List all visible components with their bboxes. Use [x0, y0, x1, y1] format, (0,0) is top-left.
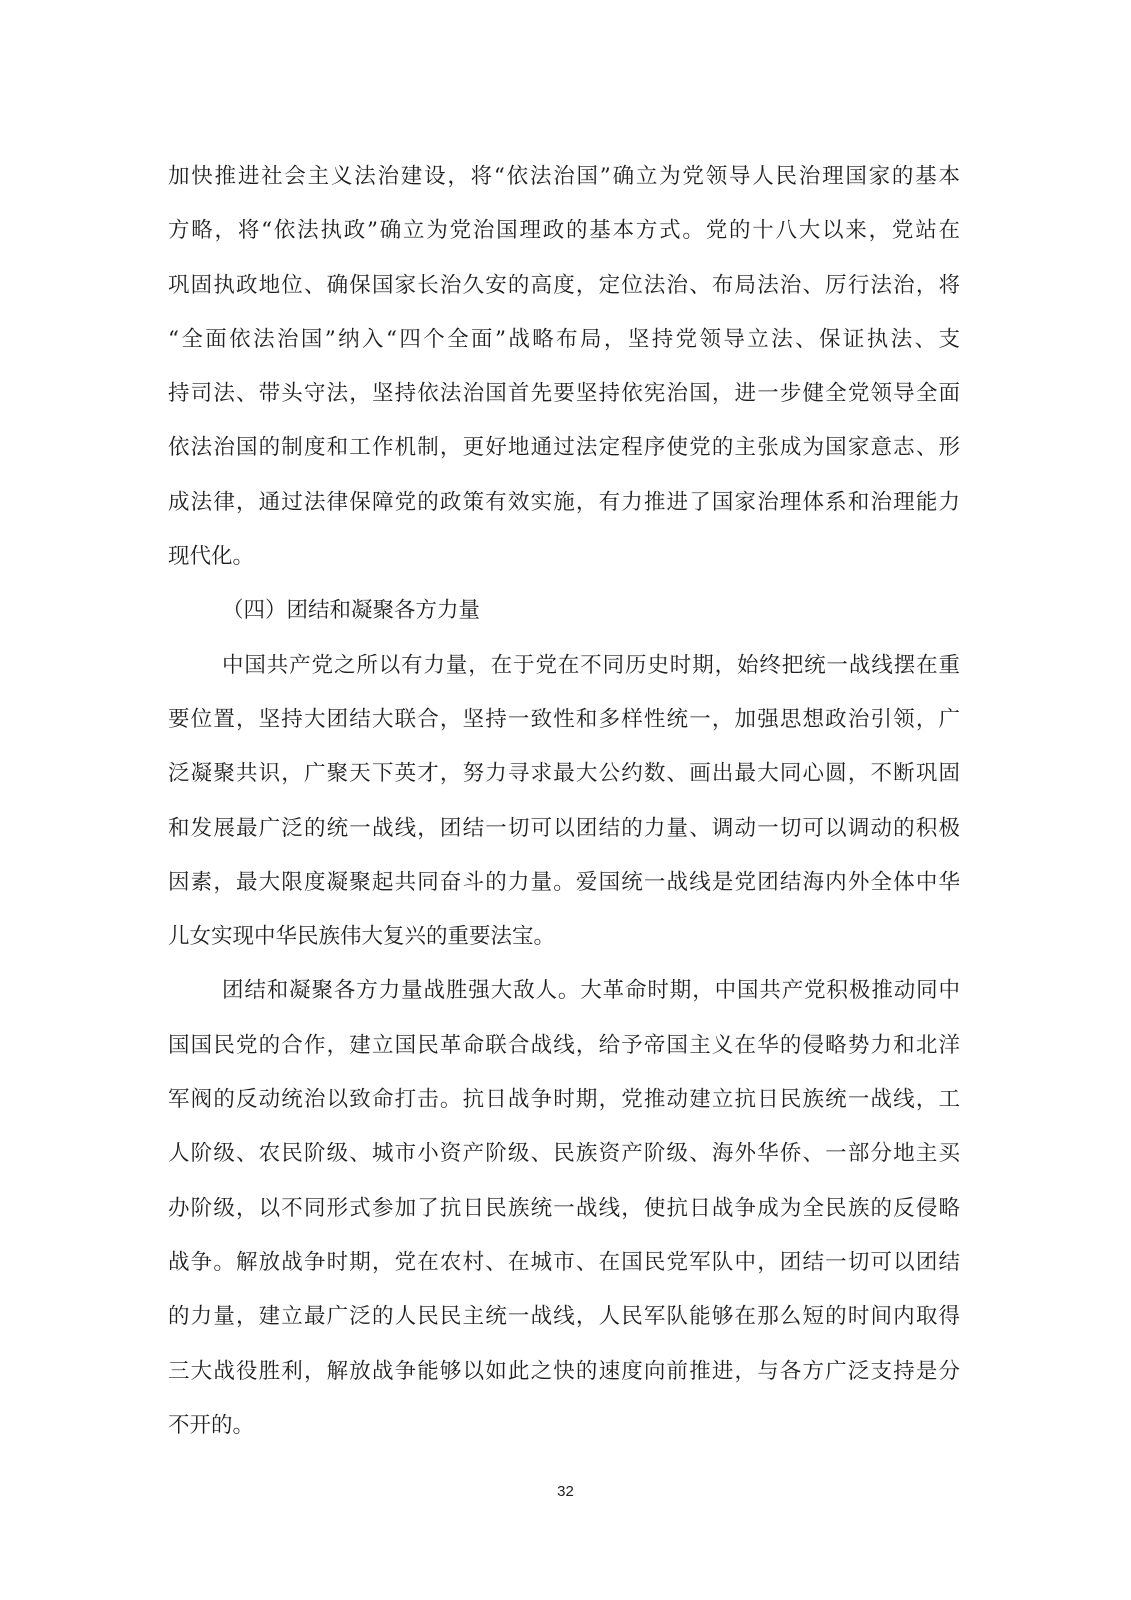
text-line: 人阶级、农民阶级、城市小资产阶级、民族资产阶级、海外华侨、一部分地主买 — [168, 1127, 960, 1181]
text-line: 三大战役胜利，解放战争能够以如此之快的速度向前推进，与各方广泛支持是分 — [168, 1345, 960, 1399]
text-line: 和发展最广泛的统一战线，团结一切可以团结的力量、调动一切可以调动的积极 — [168, 802, 960, 856]
text-line: 泛凝聚共识，广聚天下英才，努力寻求最大公约数、画出最大同心圆，不断巩固 — [168, 747, 960, 801]
text-line: 成法律，通过法律保障党的政策有效实施，有力推进了国家治理体系和治理能力 — [168, 476, 960, 530]
paragraph-rule-of-law: 加快推进社会主义法治建设，将“依法治国”确立为党领导人民治理国家的基本 方略，将… — [168, 150, 960, 584]
text-line: 方略，将“依法执政”确立为党治国理政的基本方式。党的十八大以来，党站在 — [168, 204, 960, 258]
paragraph-united-front: 中国共产党之所以有力量，在于党在不同历史时期，始终把统一战线摆在重 要位置，坚持… — [168, 639, 960, 965]
text-line: “全面依法治国”纳入“四个全面”战略布局，坚持党领导立法、保证执法、支 — [168, 313, 960, 367]
text-line: 战争。解放战争时期，党在农村、在城市、在国民党军队中，团结一切可以团结 — [168, 1236, 960, 1290]
text-line: 加快推进社会主义法治建设，将“依法治国”确立为党领导人民治理国家的基本 — [168, 150, 960, 204]
body-text: 加快推进社会主义法治建设，将“依法治国”确立为党领导人民治理国家的基本 方略，将… — [168, 150, 960, 1453]
document-page: 加快推进社会主义法治建设，将“依法治国”确立为党领导人民治理国家的基本 方略，将… — [0, 0, 1131, 1600]
text-line: 办阶级，以不同形式参加了抗日民族统一战线，使抗日战争成为全民族的反侵略 — [168, 1182, 960, 1236]
paragraph-historical-periods: 团结和凝聚各方力量战胜强大敌人。大革命时期，中国共产党积极推动同中 国国民党的合… — [168, 964, 960, 1453]
text-line: 因素，最大限度凝聚起共同奋斗的力量。爱国统一战线是党团结海内外全体中华 — [168, 856, 960, 910]
text-line: 中国共产党之所以有力量，在于党在不同历史时期，始终把统一战线摆在重 — [168, 639, 960, 693]
text-line: 不开的。 — [168, 1399, 960, 1453]
text-line: 军阀的反动统治以致命打击。抗日战争时期，党推动建立抗日民族统一战线，工 — [168, 1073, 960, 1127]
text-line: 持司法、带头守法，坚持依法治国首先要坚持依宪治国，进一步健全党领导全面 — [168, 367, 960, 421]
text-line: 国国民党的合作，建立国民革命联合战线，给予帝国主义在华的侵略势力和北洋 — [168, 1019, 960, 1073]
text-line: 要位置，坚持大团结大联合，坚持一致性和多样性统一，加强思想政治引领，广 — [168, 693, 960, 747]
section-heading: （四）团结和凝聚各方力量 — [168, 584, 960, 638]
text-line: 现代化。 — [168, 530, 960, 584]
heading-text: （四）团结和凝聚各方力量 — [168, 584, 960, 638]
page-number: 32 — [0, 1483, 1131, 1500]
text-line: 团结和凝聚各方力量战胜强大敌人。大革命时期，中国共产党积极推动同中 — [168, 964, 960, 1018]
text-line: 巩固执政地位、确保国家长治久安的高度，定位法治、布局法治、厉行法治，将 — [168, 259, 960, 313]
text-line: 儿女实现中华民族伟大复兴的重要法宝。 — [168, 910, 960, 964]
text-line: 的力量，建立最广泛的人民民主统一战线，人民军队能够在那么短的时间内取得 — [168, 1290, 960, 1344]
text-line: 依法治国的制度和工作机制，更好地通过法定程序使党的主张成为国家意志、形 — [168, 421, 960, 475]
